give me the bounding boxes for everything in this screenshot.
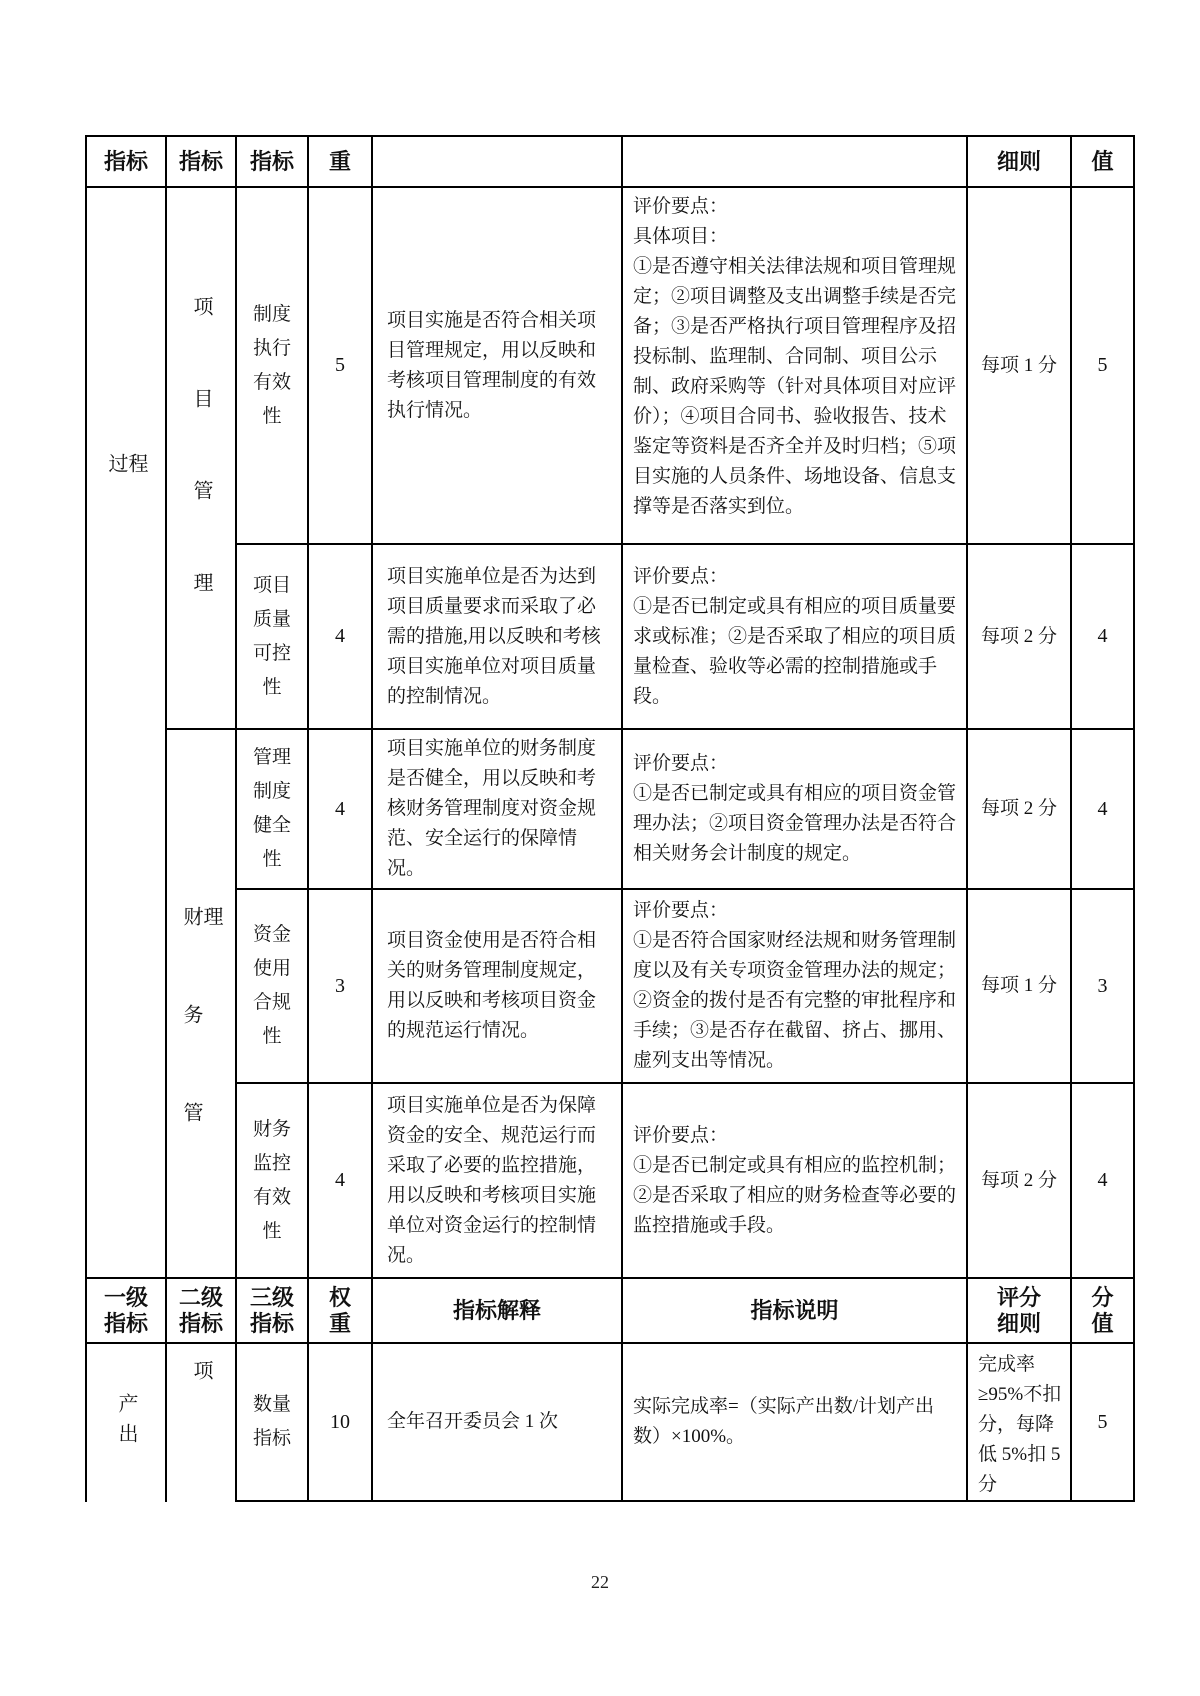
header-top-level3-label: 指标 <box>250 149 294 175</box>
output-level2-partial-label: 项 <box>191 1344 211 1380</box>
level2-cell-finance-management: 财务管理 <box>167 730 237 1279</box>
header-top-level1-indicator: 指标 <box>87 137 167 188</box>
output-level2-cell: 项 <box>167 1344 237 1502</box>
level2-project-management-label: 项目管理 <box>191 188 211 664</box>
row4-rule-cell: 每项 1 分 <box>968 890 1072 1084</box>
row3-weight-cell: 4 <box>309 730 373 890</box>
header-top-score: 值 <box>1072 137 1135 188</box>
header-top-level1-label: 指标 <box>104 149 148 175</box>
row1-explanation-text: 项目实施是否符合相关项目管理规定，用以反映和考核项目管理制度的有效执行情况。 <box>387 306 607 426</box>
row3-rule-text: 每项 2 分 <box>981 794 1057 824</box>
header-mid-weight-label: 权重 <box>327 1285 353 1337</box>
row1-weight-value: 5 <box>335 354 345 377</box>
header-mid-description-label: 指标说明 <box>750 1298 838 1324</box>
header-top-explanation <box>373 137 623 188</box>
row4-weight-cell: 3 <box>309 890 373 1084</box>
row1-description-text: 评价要点： 具体项目： ①是否遵守相关法律法规和项目管理规定；②项目调整及支出调… <box>633 192 956 522</box>
header-mid-score-label: 分值 <box>1090 1285 1116 1337</box>
row5-explanation-text: 项目实施单位是否为保障资金的安全、规范运行而采取了必要的监控措施，用以反映和考核… <box>387 1091 607 1271</box>
output-explanation-cell: 全年召开委员会 1 次 <box>373 1344 623 1502</box>
row3-rule-cell: 每项 2 分 <box>968 730 1072 890</box>
header-mid-level2-label: 二级指标 <box>175 1285 227 1337</box>
row3-score-value: 4 <box>1098 798 1108 821</box>
row3-explanation-cell: 项目实施单位的财务制度是否健全，用以反映和考核财务管理制度对资金规范、安全运行的… <box>373 730 623 890</box>
output-description-text: 实际完成率=（实际产出数/计划产出数）×100%。 <box>633 1392 956 1452</box>
row2-description-text: 评价要点： ①是否已制定或具有相应的项目质量要求或标准；②是否采取了相应的项目质… <box>633 562 956 712</box>
row2-explanation-cell: 项目实施单位是否为达到项目质量要求而采取了必需的措施,用以反映和考核项目实施单位… <box>373 545 623 730</box>
row1-rule-cell: 每项 1 分 <box>968 188 1072 545</box>
header-top-description <box>623 137 968 188</box>
row3-explanation-text: 项目实施单位的财务制度是否健全，用以反映和考核财务管理制度对资金规范、安全运行的… <box>387 734 607 884</box>
header-mid-level3-label: 三级指标 <box>246 1285 298 1337</box>
row3-weight-value: 4 <box>335 798 345 821</box>
header-mid-score: 分值 <box>1072 1279 1135 1344</box>
row4-explanation-text: 项目资金使用是否符合相关的财务管理制度规定，用以反映和考核项目资金的规范运行情况… <box>387 926 607 1046</box>
row5-level3-cell: 财务监控有效性 <box>237 1084 309 1279</box>
output-score-value: 5 <box>1098 1411 1108 1434</box>
row5-weight-cell: 4 <box>309 1084 373 1279</box>
header-top-weight: 重 <box>309 137 373 188</box>
header-mid-level3: 三级指标 <box>237 1279 309 1344</box>
row1-score-cell: 5 <box>1072 188 1135 545</box>
row5-description-cell: 评价要点： ①是否已制定或具有相应的监控机制；②是否采取了相应的财务检查等必要的… <box>623 1084 968 1279</box>
row1-level3-label: 制度执行有效性 <box>249 298 295 434</box>
row5-weight-value: 4 <box>335 1169 345 1192</box>
header-mid-level1: 一级指标 <box>87 1279 167 1344</box>
header-top-weight-label: 重 <box>329 149 351 175</box>
header-mid-explanation: 指标解释 <box>373 1279 623 1344</box>
row4-score-cell: 3 <box>1072 890 1135 1084</box>
document-page: 指标 指标 指标 重 细则 值 过程 项目管理 制度执行有效性 5 项目实施是否… <box>0 0 1200 1696</box>
row2-description-cell: 评价要点： ①是否已制定或具有相应的项目质量要求或标准；②是否采取了相应的项目质… <box>623 545 968 730</box>
row4-description-cell: 评价要点： ①是否符合国家财经法规和财务管理制度以及有关专项资金管理办法的规定；… <box>623 890 968 1084</box>
row2-level3-label: 项目质量可控性 <box>249 569 295 705</box>
page-number: 22 <box>0 1572 1200 1593</box>
row5-rule-cell: 每项 2 分 <box>968 1084 1072 1279</box>
row3-description-text: 评价要点： ①是否已制定或具有相应的项目资金管理办法；②项目资金管理办法是否符合… <box>633 749 956 869</box>
level1-cell-process: 过程 <box>87 188 167 1279</box>
row2-weight-value: 4 <box>335 625 345 648</box>
row3-level3-label: 管理制度健全性 <box>249 741 295 877</box>
row3-description-cell: 评价要点： ①是否已制定或具有相应的项目资金管理办法；②项目资金管理办法是否符合… <box>623 730 968 890</box>
row2-score-value: 4 <box>1098 625 1108 648</box>
row3-score-cell: 4 <box>1072 730 1135 890</box>
row3-level3-cell: 管理制度健全性 <box>237 730 309 890</box>
row1-level3-cell: 制度执行有效性 <box>237 188 309 545</box>
row1-rule-text: 每项 1 分 <box>981 351 1057 381</box>
output-rule-text: 完成率≥95%不扣分，每降低 5%扣 5 分 <box>978 1350 1062 1500</box>
header-mid-explanation-label: 指标解释 <box>453 1298 541 1324</box>
row1-weight-cell: 5 <box>309 188 373 545</box>
row2-level3-cell: 项目质量可控性 <box>237 545 309 730</box>
header-mid-description: 指标说明 <box>623 1279 968 1344</box>
header-mid-level1-label: 一级指标 <box>100 1285 152 1337</box>
header-top-rule: 细则 <box>968 137 1072 188</box>
row1-score-value: 5 <box>1098 354 1108 377</box>
output-rule-cell: 完成率≥95%不扣分，每降低 5%扣 5 分 <box>968 1344 1072 1502</box>
row4-weight-value: 3 <box>335 975 345 998</box>
output-level3-label: 数量指标 <box>249 1388 295 1456</box>
output-weight-value: 10 <box>330 1411 350 1434</box>
header-top-level2-label: 指标 <box>179 149 223 175</box>
header-top-level2-indicator: 指标 <box>167 137 237 188</box>
row1-description-cell: 评价要点： 具体项目： ①是否遵守相关法律法规和项目管理规定；②项目调整及支出调… <box>623 188 968 545</box>
row4-explanation-cell: 项目资金使用是否符合相关的财务管理制度规定，用以反映和考核项目资金的规范运行情况… <box>373 890 623 1084</box>
header-mid-rule-label: 评分细则 <box>994 1285 1044 1337</box>
header-top-level3-indicator: 指标 <box>237 137 309 188</box>
header-top-score-label: 值 <box>1091 149 1113 175</box>
row4-level3-cell: 资金使用合规性 <box>237 890 309 1084</box>
row1-explanation-cell: 项目实施是否符合相关项目管理规定，用以反映和考核项目管理制度的有效执行情况。 <box>373 188 623 545</box>
row4-level3-label: 资金使用合规性 <box>249 918 295 1054</box>
output-explanation-text: 全年召开委员会 1 次 <box>387 1407 558 1437</box>
output-level1-cell: 产出 <box>87 1344 167 1502</box>
header-mid-level2: 二级指标 <box>167 1279 237 1344</box>
header-mid-rule: 评分细则 <box>968 1279 1072 1344</box>
row5-explanation-cell: 项目实施单位是否为保障资金的安全、规范运行而采取了必要的监控措施，用以反映和考核… <box>373 1084 623 1279</box>
output-level3-cell: 数量指标 <box>237 1344 309 1502</box>
row5-description-text: 评价要点： ①是否已制定或具有相应的监控机制；②是否采取了相应的财务检查等必要的… <box>633 1121 956 1241</box>
performance-indicator-table: 指标 指标 指标 重 细则 值 过程 项目管理 制度执行有效性 5 项目实施是否… <box>85 135 1135 1502</box>
header-top-rule-label: 细则 <box>997 149 1041 175</box>
row2-score-cell: 4 <box>1072 545 1135 730</box>
row5-score-cell: 4 <box>1072 1084 1135 1279</box>
row5-level3-label: 财务监控有效性 <box>249 1113 295 1249</box>
header-mid-weight: 权重 <box>309 1279 373 1344</box>
row2-rule-text: 每项 2 分 <box>981 622 1057 652</box>
output-score-cell: 5 <box>1072 1344 1135 1502</box>
row4-score-value: 3 <box>1098 975 1108 998</box>
row2-weight-cell: 4 <box>309 545 373 730</box>
level1-process-label: 过程 <box>106 188 146 1277</box>
output-level1-label: 产出 <box>116 1393 136 1453</box>
level2-cell-project-management: 项目管理 <box>167 188 237 730</box>
row5-rule-text: 每项 2 分 <box>981 1166 1057 1196</box>
output-weight-cell: 10 <box>309 1344 373 1502</box>
row2-rule-cell: 每项 2 分 <box>968 545 1072 730</box>
level2-finance-management-label: 财务管理 <box>181 730 221 1277</box>
row4-description-text: 评价要点： ①是否符合国家财经法规和财务管理制度以及有关专项资金管理办法的规定；… <box>633 896 956 1076</box>
row4-rule-text: 每项 1 分 <box>981 971 1057 1001</box>
output-description-cell: 实际完成率=（实际产出数/计划产出数）×100%。 <box>623 1344 968 1502</box>
row2-explanation-text: 项目实施单位是否为达到项目质量要求而采取了必需的措施,用以反映和考核项目实施单位… <box>387 562 607 712</box>
row5-score-value: 4 <box>1098 1169 1108 1192</box>
